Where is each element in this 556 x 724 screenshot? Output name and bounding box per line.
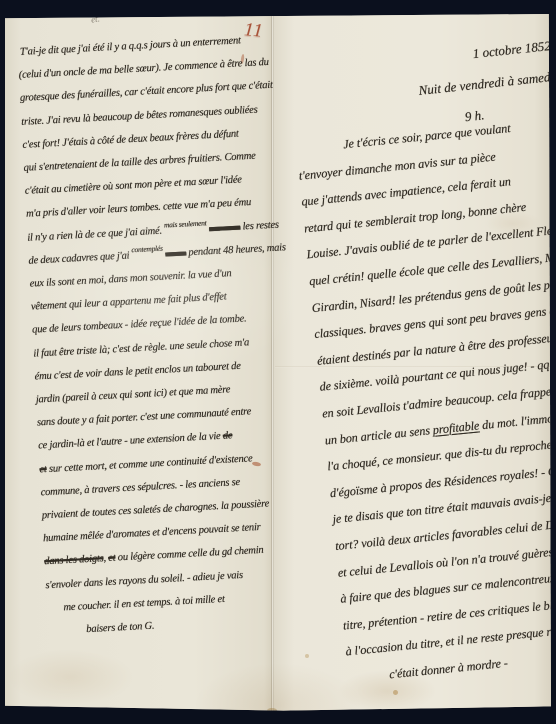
manuscript-text-segment: ce jardin-là et l'autre - une extension … bbox=[38, 431, 223, 452]
manuscript-text-segment: profitable bbox=[432, 418, 480, 436]
manuscript-text-segment: il n'y a rien là de ce que j'ai aimé. bbox=[27, 225, 165, 243]
photograph-scene: et. 11 T'ai-je dit que j'ai été il y a q… bbox=[0, 0, 556, 724]
manuscript-text-segment: du mot. l'immoralité bbox=[478, 408, 556, 432]
manuscript-text-segment: dans les doigts bbox=[44, 554, 104, 568]
letter-paper: et. 11 T'ai-je dit que j'ai été il y a q… bbox=[5, 14, 551, 712]
pencil-annotation: et. bbox=[90, 13, 100, 24]
manuscript-text-segment: ou légère comme celle du gd chemin bbox=[115, 545, 264, 564]
manuscript-text-segment: les restes bbox=[240, 219, 279, 232]
manuscript-text-segment: me coucher. il en est temps. à toi mille… bbox=[46, 594, 224, 614]
manuscript-text-segment: ▬▬▬ bbox=[209, 221, 241, 234]
manuscript-text-segment: de deux cadavres que j'ai bbox=[28, 250, 132, 266]
manuscript-text-segment: mais seulement bbox=[164, 218, 207, 229]
left-page-text: T'ai-je dit que j'ai été il y a q.q.s jo… bbox=[17, 28, 306, 644]
manuscript-text-segment: un bon article au sens bbox=[324, 423, 433, 448]
manuscript-text-segment: de bbox=[223, 431, 233, 442]
manuscript-text-segment: ▬▬ bbox=[165, 247, 186, 259]
manuscript-text-segment: pendant 48 heures, mais bbox=[186, 242, 286, 258]
manuscript-text-segment: contemplés bbox=[131, 243, 163, 254]
manuscript-text-segment: baisers de ton G. bbox=[48, 621, 155, 638]
